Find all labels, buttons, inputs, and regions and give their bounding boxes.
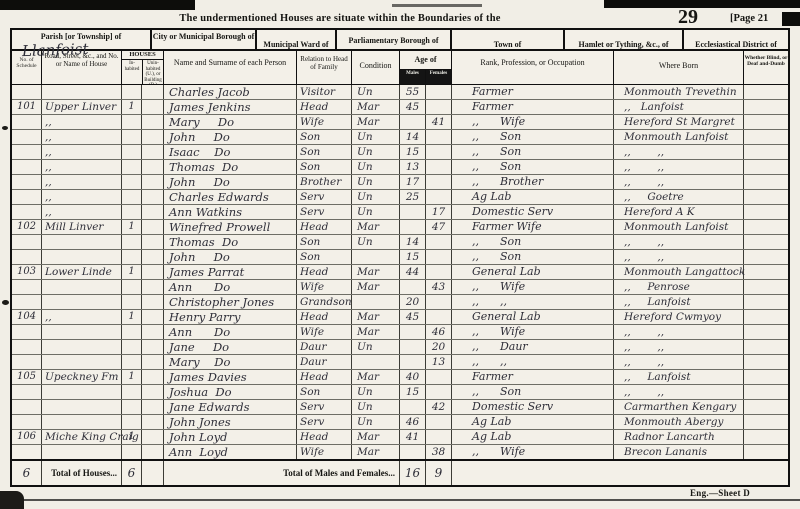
person-name: John Do [164,250,297,264]
inhabited-mark [122,175,142,189]
schedule-number [12,325,42,339]
age-female: 46 [426,325,452,339]
age-female [426,190,452,204]
house-name: Lower Linde [42,265,122,279]
census-row: 105 Upeckney Fm 1 James Davies Head Mar … [12,370,788,385]
hamlet-box: Hamlet or Tything, &c., of [565,30,684,49]
census-row: Joshua Do Son Un 15 ,, Son ,, ,, [12,385,788,400]
person-name: Jane Do [164,340,297,354]
occupation-value: ,, Wife [452,115,614,129]
disability-value [744,160,788,174]
uninhabited-mark [142,310,164,324]
condition-value [352,355,400,369]
condition-value: Un [352,190,400,204]
schedule-number: 106 [12,430,42,444]
uninhabited-mark [142,85,164,99]
person-name: Ann Loyd [164,445,297,459]
col-inhabited: In-habited [122,60,143,84]
col-females: Females [426,70,451,84]
age-female [426,130,452,144]
where-born-value: Hereford St Margret [614,115,744,129]
condition-value [352,250,400,264]
col-relation: Relation to Head of Family [297,51,352,84]
relation-to-head: Head [297,220,352,234]
uninhabited-mark [142,175,164,189]
disability-value [744,145,788,159]
ecclesiastical-box: Ecclesiastical District of [684,30,788,49]
census-row: ,, Mary Do Wife Mar 41 ,, Wife Hereford … [12,115,788,130]
schedule-number [12,205,42,219]
uninhabited-mark [142,190,164,204]
where-born-value: ,, ,, [614,235,744,249]
house-name [42,295,122,309]
where-born-value: ,, ,, [614,340,744,354]
occupation-value: ,, Son [452,385,614,399]
schedule-number [12,250,42,264]
condition-value: Mar [352,370,400,384]
where-born-value: ,, Lanfoist [614,295,744,309]
inhabited-mark [122,355,142,369]
person-name: Isaac Do [164,145,297,159]
disability-value [744,85,788,99]
uninhabited-mark [142,130,164,144]
age-female [426,310,452,324]
relation-to-head: Son [297,160,352,174]
age-female [426,370,452,384]
col-age: Age of Males Females [400,51,452,84]
schedule-number [12,235,42,249]
person-name: Joshua Do [164,385,297,399]
age-male: 20 [400,295,426,309]
age-male: 13 [400,160,426,174]
inhabited-mark: 1 [122,310,142,324]
where-born-value: Monmouth Langattock [614,265,744,279]
census-row: Ann Do Wife Mar 46 ,, Wife ,, ,, [12,325,788,340]
where-born-value: ,, ,, [614,250,744,264]
inhabited-mark: 1 [122,370,142,384]
schedule-number [12,175,42,189]
age-female [426,295,452,309]
uninhabited-mark [142,400,164,414]
census-row: Jane Edwards Serv Un 42 Domestic Serv Ca… [12,400,788,415]
disability-value [744,295,788,309]
census-row: Jane Do Daur Un 20 ,, Daur ,, ,, [12,340,788,355]
occupation-value: General Lab [452,310,614,324]
person-name: James Parrat [164,265,297,279]
occupation-value: ,, ,, [452,295,614,309]
age-male: 44 [400,265,426,279]
person-name: Thomas Do [164,160,297,174]
census-row: Thomas Do Son Un 14 ,, Son ,, ,, [12,235,788,250]
relation-to-head: Daur [297,340,352,354]
page-label: [Page 21 [730,13,768,24]
house-name [42,235,122,249]
uninhabited-mark [142,445,164,459]
disability-value [744,310,788,324]
where-born-value: ,, ,, [614,325,744,339]
person-name: John Jones [164,415,297,429]
schedule-number: 105 [12,370,42,384]
age-male: 15 [400,385,426,399]
uninhabited-mark [142,265,164,279]
uninhabited-mark [142,355,164,369]
scan-edge-top-mid [392,4,482,7]
where-born-value: Monmouth Trevethin [614,85,744,99]
col-born: Where Born [614,51,744,84]
person-name: Ann Watkins [164,205,297,219]
schedule-number: 104 [12,310,42,324]
census-row: 102 Mill Linver 1 Winefred Prowell Head … [12,220,788,235]
census-row: John Do Son 15 ,, Son ,, ,, [12,250,788,265]
relation-to-head: Serv [297,400,352,414]
house-name: ,, [42,115,122,129]
age-male [400,115,426,129]
relation-to-head: Grandson [297,295,352,309]
census-rows: Charles Jacob Visitor Un 55 Farmer Monmo… [12,85,788,459]
margin-speck [2,126,8,130]
house-name: ,, [42,130,122,144]
age-male: 15 [400,145,426,159]
occupation-value: ,, Son [452,130,614,144]
house-name: ,, [42,190,122,204]
inhabited-mark [122,280,142,294]
parish-box: Parish [or Township] of Llanfoist [12,30,152,49]
page-number: 29 [678,6,698,29]
col-houses: HOUSES In-habited Unin-habited (U.), or … [122,51,164,84]
inhabited-mark: 1 [122,100,142,114]
person-name: John Do [164,175,297,189]
disability-value [744,445,788,459]
person-name: James Davies [164,370,297,384]
occupation-value: Farmer [452,100,614,114]
uninhabited-mark [142,115,164,129]
condition-value: Un [352,175,400,189]
page-banner: The undermentioned Houses are situate wi… [0,10,800,28]
age-male: 14 [400,235,426,249]
relation-to-head: Wife [297,115,352,129]
disability-value [744,190,788,204]
uninhabited-mark [142,280,164,294]
inhabited-mark [122,145,142,159]
uninhabited-mark [142,160,164,174]
inhabited-mark [122,385,142,399]
condition-value: Un [352,340,400,354]
house-name [42,325,122,339]
uninhabited-mark [142,235,164,249]
parish-value: Llanfoist [22,41,89,61]
inhabited-mark [122,130,142,144]
house-name [42,250,122,264]
schedule-number [12,130,42,144]
age-male: 40 [400,370,426,384]
age-male: 45 [400,310,426,324]
where-born-value: Monmouth Abergy [614,415,744,429]
occupation-value: ,, Wife [452,445,614,459]
occupation-value: ,, Son [452,235,614,249]
town-box: Town of [452,30,565,49]
age-male: 15 [400,250,426,264]
census-row: Christopher Jones Grandson 20 ,, ,, ,, L… [12,295,788,310]
age-female [426,430,452,444]
age-female: 38 [426,445,452,459]
relation-to-head: Wife [297,445,352,459]
schedule-number [12,190,42,204]
inhabited-mark [122,295,142,309]
disability-value [744,130,788,144]
inhabited-mark [122,250,142,264]
census-row: Charles Jacob Visitor Un 55 Farmer Monmo… [12,85,788,100]
uninhabited-mark [142,145,164,159]
condition-value: Mar [352,430,400,444]
occupation-value: Farmer [452,370,614,384]
age-female: 43 [426,280,452,294]
condition-value [352,295,400,309]
age-male [400,325,426,339]
house-name [42,445,122,459]
age-male [400,445,426,459]
disability-value [744,250,788,264]
occupation-value: Domestic Serv [452,205,614,219]
relation-to-head: Son [297,145,352,159]
age-male: 17 [400,175,426,189]
relation-to-head: Son [297,250,352,264]
disability-value [744,370,788,384]
disability-value [744,235,788,249]
schedule-number [12,385,42,399]
census-row: 103 Lower Linde 1 James Parrat Head Mar … [12,265,788,280]
age-female [426,175,452,189]
where-born-value: Radnor Lancarth [614,430,744,444]
inhabited-mark [122,340,142,354]
houses-margin-total: 6 [12,461,42,485]
inhabited-mark [122,190,142,204]
where-born-value: Hereford A K [614,205,744,219]
schedule-number: 101 [12,100,42,114]
schedule-number [12,340,42,354]
condition-value: Un [352,160,400,174]
census-row: ,, Isaac Do Son Un 15 ,, Son ,, ,, [12,145,788,160]
where-born-value: Monmouth Lanfoist [614,130,744,144]
person-name: John Loyd [164,430,297,444]
occupation-value: Farmer Wife [452,220,614,234]
males-total: 16 [400,461,426,485]
where-born-value: ,, Penrose [614,280,744,294]
condition-value: Un [352,400,400,414]
house-name [42,85,122,99]
house-name [42,385,122,399]
where-born-value: Monmouth Lanfoist [614,220,744,234]
age-female: 42 [426,400,452,414]
where-born-value: ,, ,, [614,160,744,174]
house-name [42,355,122,369]
city-box: City or Municipal Borough of [152,30,257,49]
where-born-value: ,, Lanfoist [614,370,744,384]
uninhabited-mark [142,220,164,234]
age-female [426,250,452,264]
where-born-value: ,, Goetre [614,190,744,204]
schedule-number: 103 [12,265,42,279]
col-name: Name and Surname of each Person [164,51,297,84]
house-name [42,415,122,429]
relation-to-head: Serv [297,415,352,429]
inhabited-mark: 1 [122,220,142,234]
relation-to-head: Serv [297,205,352,219]
person-name: Winefred Prowell [164,220,297,234]
census-page-scan: The undermentioned Houses are situate wi… [0,0,800,509]
age-female [426,235,452,249]
age-male [400,400,426,414]
age-male: 46 [400,415,426,429]
census-row: Ann Loyd Wife Mar 38 ,, Wife Brecon Lana… [12,445,788,459]
sheet-label: Eng.—Sheet D [690,488,750,498]
age-female: 17 [426,205,452,219]
scan-edge-top-left [0,0,195,10]
person-name: Mary Do [164,115,297,129]
col-occupation: Rank, Profession, or Occupation [452,51,614,84]
ward-box: Municipal Ward of [257,30,337,49]
where-born-value: ,, Lanfoist [614,100,744,114]
house-name: Mill Linver [42,220,122,234]
age-male: 55 [400,85,426,99]
disability-value [744,430,788,444]
person-name: Charles Edwards [164,190,297,204]
disability-value [744,400,788,414]
disability-value [744,340,788,354]
district-header-row: Parish [or Township] of Llanfoist City o… [12,30,788,51]
condition-value: Un [352,145,400,159]
occupation-value: Farmer [452,85,614,99]
where-born-value: Carmarthen Kengary [614,400,744,414]
total-of-houses-value: 6 [122,461,142,485]
condition-value: Mar [352,220,400,234]
relation-to-head: Head [297,430,352,444]
disability-value [744,385,788,399]
banner-title: The undermentioned Houses are situate wi… [0,13,680,24]
person-name: Charles Jacob [164,85,297,99]
condition-value: Mar [352,265,400,279]
age-male [400,280,426,294]
age-male: 14 [400,130,426,144]
col-males: Males [400,70,426,84]
uninhabited-mark [142,295,164,309]
occupation-value: Domestic Serv [452,400,614,414]
occupation-value: ,, Wife [452,280,614,294]
census-row: ,, Charles Edwards Serv Un 25 Ag Lab ,, … [12,190,788,205]
inhabited-mark [122,160,142,174]
schedule-number [12,355,42,369]
age-female [426,265,452,279]
age-female [426,85,452,99]
census-row: 104 ,, 1 Henry Parry Head Mar 45 General… [12,310,788,325]
age-male [400,340,426,354]
occupation-value: ,, Son [452,145,614,159]
uninhabited-mark [142,430,164,444]
column-header-row: No. of Schedule Road, Street, &c., and N… [12,51,788,85]
margin-speck [2,300,9,305]
condition-value: Un [352,385,400,399]
census-row: ,, John Do Son Un 14 ,, Son Monmouth Lan… [12,130,788,145]
relation-to-head: Head [297,100,352,114]
relation-to-head: Head [297,265,352,279]
house-name: ,, [42,145,122,159]
inhabited-mark [122,415,142,429]
age-male: 41 [400,430,426,444]
person-name: John Do [164,130,297,144]
where-born-value: Hereford Cwmyoy [614,310,744,324]
females-total: 9 [426,461,452,485]
age-female [426,385,452,399]
age-male: 25 [400,190,426,204]
age-male [400,220,426,234]
schedule-number [12,160,42,174]
age-male [400,205,426,219]
disability-value [744,325,788,339]
schedule-number [12,85,42,99]
inhabited-mark [122,205,142,219]
condition-value: Mar [352,325,400,339]
inhabited-mark: 1 [122,430,142,444]
age-female [426,160,452,174]
schedule-number [12,400,42,414]
census-row: John Jones Serv Un 46 Ag Lab Monmouth Ab… [12,415,788,430]
age-male: 45 [400,100,426,114]
uninhabited-mark [142,385,164,399]
disability-value [744,115,788,129]
schedule-number [12,115,42,129]
schedule-number [12,445,42,459]
uninhabited-mark [142,100,164,114]
census-table: Parish [or Township] of Llanfoist City o… [10,28,790,487]
col-age-label: Age of [400,51,451,70]
uninhabited-mark [142,415,164,429]
age-male [400,355,426,369]
uninhabited-mark [142,250,164,264]
inhabited-mark [122,400,142,414]
age-female: 41 [426,115,452,129]
person-name: Christopher Jones [164,295,297,309]
house-name: ,, [42,160,122,174]
occupation-value: ,, Son [452,160,614,174]
age-female [426,100,452,114]
disability-value [744,265,788,279]
uninhabited-mark [142,370,164,384]
occupation-value: General Lab [452,265,614,279]
person-name: Henry Parry [164,310,297,324]
totals-spacer [452,461,788,485]
age-female: 47 [426,220,452,234]
relation-to-head: Daur [297,355,352,369]
person-name: Ann Do [164,325,297,339]
inhabited-mark [122,445,142,459]
inhabited-mark [122,115,142,129]
condition-value: Un [352,85,400,99]
house-name: Upeckney Fm [42,370,122,384]
census-row: 101 Upper Linver 1 James Jenkins Head Ma… [12,100,788,115]
inhabited-mark [122,325,142,339]
disability-value [744,415,788,429]
scan-edge-bottom [0,499,800,501]
house-name [42,400,122,414]
occupation-value: ,, Son [452,250,614,264]
condition-value: Mar [352,280,400,294]
parliamentary-box: Parliamentary Borough of [337,30,452,49]
census-row: ,, John Do Brother Un 17 ,, Brother ,, ,… [12,175,788,190]
condition-value: Un [352,415,400,429]
disability-value [744,355,788,369]
occupation-value: Ag Lab [452,430,614,444]
occupation-value: ,, Brother [452,175,614,189]
schedule-number: 102 [12,220,42,234]
